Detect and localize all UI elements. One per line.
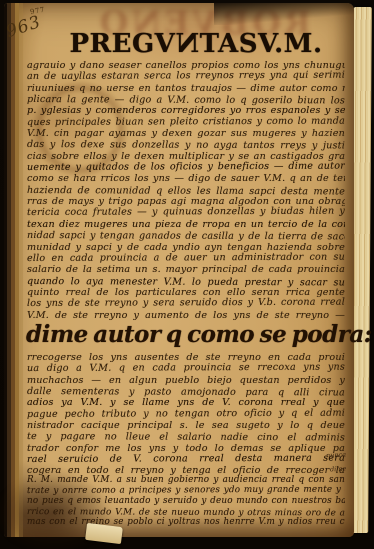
manuscript-line: te y pagare no lleue el salario nadie ci…: [27, 431, 345, 444]
manuscript-line: muchachos — en algun pueblo biejo questa…: [27, 375, 345, 386]
title-part-post: TASV.M.: [200, 29, 323, 59]
manuscript-line: hazienda de comunidad q ellos les llama …: [27, 185, 345, 198]
manuscript-line: V.M. de ste rreyno y aumento de los yns …: [27, 310, 345, 321]
manuscript-line: an de uayllas estaran serca los rreynos …: [27, 70, 345, 83]
manuscript-line: como se hara rricos los yns — digo de sa…: [27, 173, 345, 184]
manuscript-line: pague pecho tributo y no tengan otro ofi…: [27, 407, 345, 420]
title-part-reversed-n: N: [175, 29, 199, 59]
folio-superscript: 977: [29, 6, 45, 16]
body-text-upper: agrauio y dano seaser canellos propios c…: [27, 60, 345, 321]
manuscript-line: dalle sementeras y pasto amojonado para …: [27, 386, 345, 399]
manuscript-line: tericia coca frutales — y quinuas donzel…: [27, 206, 345, 219]
manuscript-line: V.M. cin pagar ayamas y dexen gozar sus …: [27, 128, 345, 139]
manuscript-line: das y los dexe sus donzellas y no ayga t…: [27, 139, 345, 152]
manuscript-page: ROBVENO 963 977 PREGVNTASV.M. agrauio y …: [4, 3, 354, 537]
annotation-line: trate y onrre como a principes y senores…: [27, 484, 345, 496]
manuscript-line: ua digo a V.M. q en cada prouincia se rr…: [27, 362, 345, 375]
manuscript-photo: ROBVENO 963 977 PREGVNTASV.M. agrauio y …: [0, 0, 374, 549]
manuscript-line: nistrador cacique principal s. le sea su…: [27, 420, 345, 431]
annotation-line: rrico en el mundo V.M. de ste nueuo mund…: [27, 507, 345, 519]
page-title: PREGVNTASV.M.: [36, 29, 356, 59]
manuscript-line: plicara la gente — digo a V.M. como lo q…: [27, 94, 345, 107]
manuscript-line: nidad sapci y tengan ganados de casilla …: [27, 230, 345, 243]
manuscript-line: riuuniues q no uerse en tantos trauajos …: [27, 83, 345, 94]
manuscript-line: ques principales biuan sen pleito cristi…: [27, 115, 345, 128]
binding-gutter: [4, 3, 23, 537]
body-text-lower: rrecogerse los yns ausentes de ste rreyn…: [27, 352, 345, 477]
manuscript-line: los yns de ste rreyno y sera seruido dio…: [27, 297, 345, 310]
manuscript-line: ello en cada prouincia a de auer un admi…: [27, 251, 345, 264]
corner-shadow: [214, 3, 354, 25]
manuscript-line: texan diez mugeres una pieza de rropa en…: [27, 219, 345, 230]
manuscript-line: uemente y quitados de los oficios y bene…: [27, 161, 345, 174]
margin-note: dime: [330, 465, 347, 474]
manuscript-line: rael seruicio de V. corona rreal desta m…: [27, 453, 345, 466]
annotation-line: mas con el rreino se poblo ci yoltras no…: [27, 517, 345, 528]
annotation-line: no pues q emos leuantado y seruido y deu…: [27, 496, 345, 507]
section-heading: dime autor q como se podra:: [26, 321, 346, 348]
manuscript-line: quando lo aya menester V.M. lo pueda pre…: [27, 276, 345, 289]
manuscript-line: salario de la setima un s. mayor princip…: [27, 264, 345, 275]
footer-annotation: R. M. mande V.M. a su buen gobierno y au…: [27, 475, 345, 528]
margin-note: nunca: [326, 450, 346, 459]
title-part-pre: PREGV: [69, 29, 175, 59]
